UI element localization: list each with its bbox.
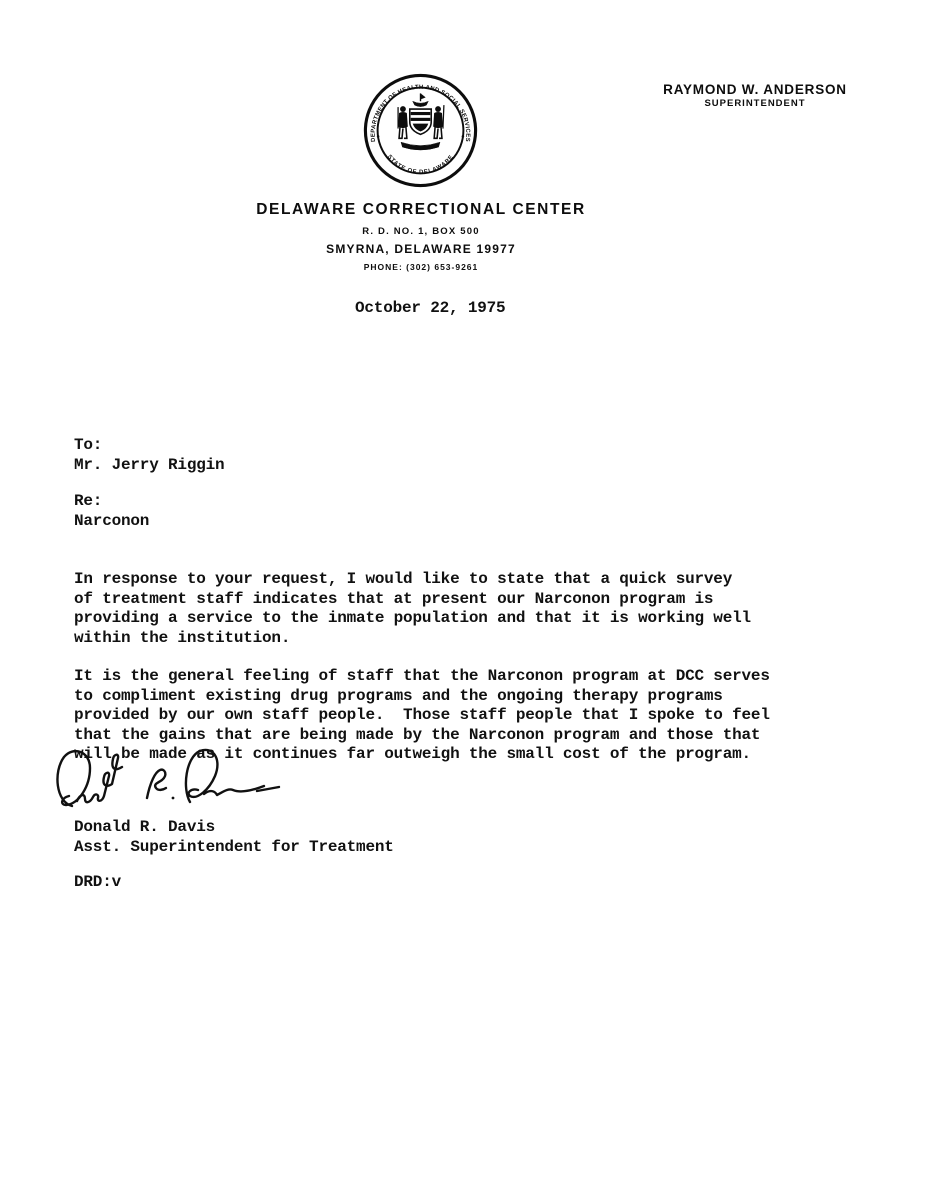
letter-page: RAYMOND W. ANDERSON SUPERINTENDENT DEPAR… [0, 0, 925, 1197]
delaware-seal-icon: DEPARTMENT OF HEALTH AND SOCIAL SERVICES… [362, 72, 479, 189]
signature-title: Asst. Superintendent for Treatment [74, 838, 394, 858]
official-name: RAYMOND W. ANDERSON [655, 82, 855, 97]
to-label: To: [74, 436, 814, 456]
svg-text:STATE OF DELAWARE: STATE OF DELAWARE [386, 154, 455, 176]
coat-of-arms-icon [398, 93, 444, 150]
seal-ring-text-bottom: STATE OF DELAWARE [386, 154, 455, 176]
letter-date: October 22, 1975 [355, 299, 505, 319]
signature-name: Donald R. Davis [74, 818, 394, 838]
official-title: SUPERINTENDENT [655, 98, 855, 109]
address-line-1: R. D. NO. 1, BOX 500 [170, 226, 672, 237]
state-seal: DEPARTMENT OF HEALTH AND SOCIAL SERVICES… [362, 72, 479, 189]
phone-line: PHONE: (302) 653-9261 [170, 262, 672, 272]
letterhead-center: DELAWARE CORRECTIONAL CENTER R. D. NO. 1… [170, 201, 672, 272]
paragraph-1: In response to your request, I would lik… [74, 570, 814, 648]
address-line-2: SMYRNA, DELAWARE 19977 [170, 242, 672, 256]
signature-block: Donald R. Davis Asst. Superintendent for… [74, 818, 394, 857]
handwritten-signature [52, 744, 284, 816]
re-label: Re: [74, 492, 814, 512]
signature-icon [52, 744, 284, 816]
letterhead-official-block: RAYMOND W. ANDERSON SUPERINTENDENT [655, 82, 855, 109]
to-name: Mr. Jerry Riggin [74, 456, 814, 476]
re-subject: Narconon [74, 512, 814, 532]
reference-initials: DRD:v [74, 873, 121, 893]
organization-name: DELAWARE CORRECTIONAL CENTER [170, 201, 672, 219]
letter-body: To: Mr. Jerry Riggin Re: Narconon In res… [74, 436, 814, 765]
